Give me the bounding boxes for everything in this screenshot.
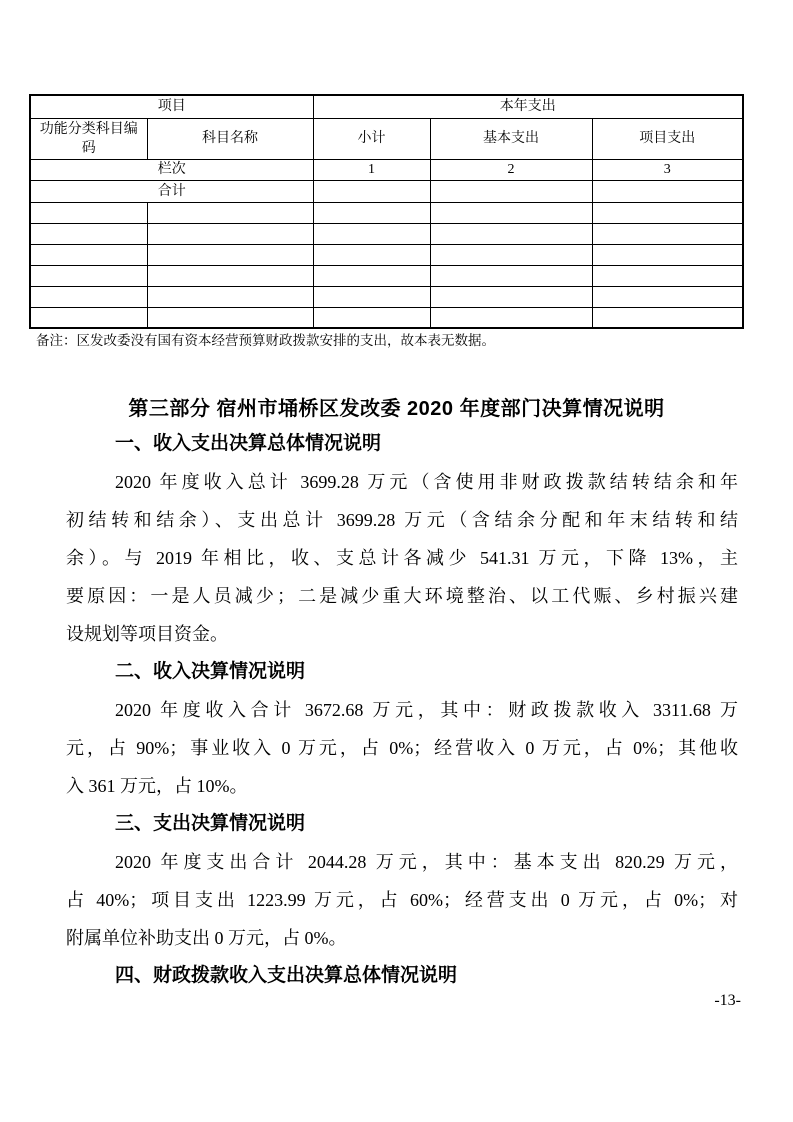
col-header-project-expenditure: 项目支出	[592, 118, 743, 159]
col-header-function-code: 功能分类科目编码	[30, 118, 147, 159]
empty-cell	[147, 244, 313, 265]
paragraph-line: 要原因：一是人员减少；二是减少重大环境整治、以工代赈、乡村振兴建	[66, 577, 738, 615]
expenditure-table: 项目 本年支出 功能分类科目编码 科目名称 小计 基本支出 项目支出 栏次 1 …	[29, 94, 744, 329]
empty-cell	[313, 307, 430, 328]
empty-cell	[30, 223, 147, 244]
empty-cell	[430, 202, 592, 223]
empty-cell	[147, 223, 313, 244]
total-project-cell	[592, 180, 743, 202]
section-heading-2: 二、收入决算情况说明	[66, 653, 738, 691]
total-row-label: 合计	[30, 180, 313, 202]
table-row	[30, 244, 743, 265]
paragraph-line: 初结转和结余）、支出总计 3699.28 万元（含结余分配和年末结转和结	[66, 501, 738, 539]
paragraph-line: 设规划等项目资金。	[66, 615, 738, 653]
total-subtotal-cell	[313, 180, 430, 202]
paragraph-line: 占 40%；项目支出 1223.99 万元，占 60%；经营支出 0 万元，占 …	[66, 881, 738, 919]
empty-cell	[313, 286, 430, 307]
empty-cell	[147, 202, 313, 223]
empty-cell	[30, 265, 147, 286]
table-title-row: 项目 本年支出	[30, 95, 743, 118]
empty-cell	[592, 286, 743, 307]
part-title: 第三部分 宿州市埇桥区发改委 2020 年度部门决算情况说明	[0, 394, 793, 424]
empty-cell	[147, 286, 313, 307]
empty-cell	[313, 223, 430, 244]
empty-cell	[30, 286, 147, 307]
column-index-2: 2	[430, 159, 592, 180]
empty-cell	[592, 307, 743, 328]
empty-cell	[313, 202, 430, 223]
section-heading-4: 四、财政拨款收入支出决算总体情况说明	[66, 957, 738, 995]
empty-cell	[430, 307, 592, 328]
empty-cell	[147, 265, 313, 286]
col-header-subject-name: 科目名称	[147, 118, 313, 159]
header-expenditure-group: 本年支出	[313, 95, 743, 118]
table-row	[30, 307, 743, 328]
empty-cell	[592, 244, 743, 265]
paragraph-line: 附属单位补助支出 0 万元，占 0%。	[66, 919, 738, 957]
empty-cell	[430, 286, 592, 307]
paragraph-line: 余）。与 2019 年相比，收、支总计各减少 541.31 万元，下降 13%，…	[66, 539, 738, 577]
paragraph-line: 2020 年度收入总计 3699.28 万元（含使用非财政拨款结转结余和年	[66, 463, 738, 501]
table-note: 备注：区发改委没有国有资本经营预算财政拨款安排的支出，故本表无数据。	[36, 332, 495, 349]
section-heading-3: 三、支出决算情况说明	[66, 805, 738, 843]
empty-cell	[430, 244, 592, 265]
empty-cell	[30, 307, 147, 328]
column-index-1: 1	[313, 159, 430, 180]
total-basic-cell	[430, 180, 592, 202]
empty-cell	[430, 265, 592, 286]
total-row: 合计	[30, 180, 743, 202]
empty-cell	[30, 202, 147, 223]
empty-cell	[147, 307, 313, 328]
paragraph-line: 2020 年度支出合计 2044.28 万元，其中：基本支出 820.29 万元…	[66, 843, 738, 881]
header-project-group: 项目	[30, 95, 313, 118]
section-heading-1: 一、收入支出决算总体情况说明	[66, 425, 738, 463]
paragraph-line: 2020 年度收入合计 3672.68 万元，其中：财政拨款收入 3311.68…	[66, 691, 738, 729]
document-body: 一、收入支出决算总体情况说明 2020 年度收入总计 3699.28 万元（含使…	[66, 425, 738, 995]
empty-cell	[430, 223, 592, 244]
column-index-label: 栏次	[30, 159, 313, 180]
paragraph-line: 元，占 90%；事业收入 0 万元，占 0%；经营收入 0 万元，占 0%；其他…	[66, 729, 738, 767]
column-index-3: 3	[592, 159, 743, 180]
empty-cell	[30, 244, 147, 265]
empty-cell	[592, 202, 743, 223]
empty-cell	[313, 265, 430, 286]
col-header-subtotal: 小计	[313, 118, 430, 159]
document-page: 项目 本年支出 功能分类科目编码 科目名称 小计 基本支出 项目支出 栏次 1 …	[0, 0, 793, 1122]
table-row	[30, 202, 743, 223]
table-row	[30, 223, 743, 244]
empty-cell	[313, 244, 430, 265]
paragraph-line: 入 361 万元，占 10%。	[66, 767, 738, 805]
table-column-header-row: 功能分类科目编码 科目名称 小计 基本支出 项目支出	[30, 118, 743, 159]
table-row	[30, 265, 743, 286]
col-header-basic-expenditure: 基本支出	[430, 118, 592, 159]
empty-cell	[592, 265, 743, 286]
table-row	[30, 286, 743, 307]
empty-cell	[592, 223, 743, 244]
column-index-row: 栏次 1 2 3	[30, 159, 743, 180]
page-number: -13-	[714, 990, 741, 1012]
